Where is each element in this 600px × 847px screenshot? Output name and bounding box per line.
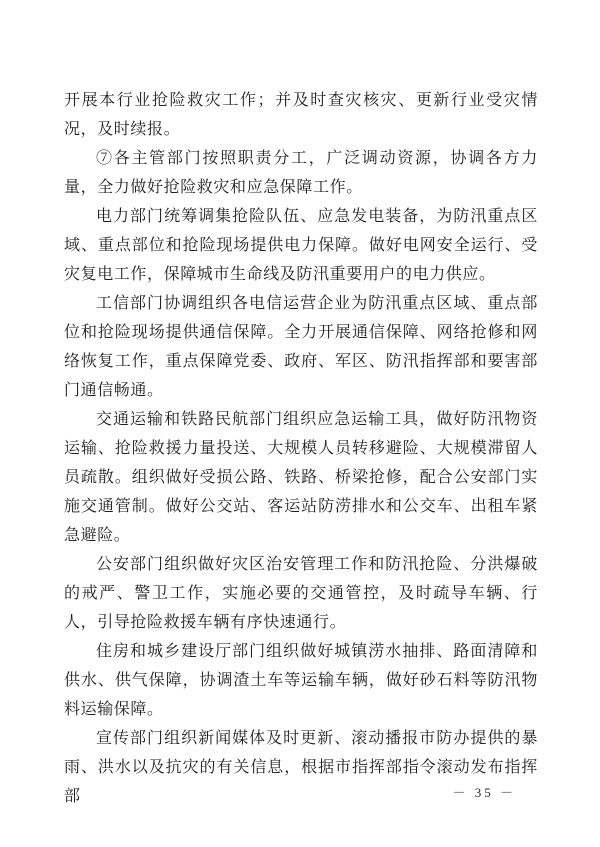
paragraph: 工信部门协调组织各电信运营企业为防汛重点区域、重点部位和抢险现场提供通信保障。全… <box>64 289 538 405</box>
paragraph: 交通运输和铁路民航部门组织应急运输工具，做好防汛物资运输、抢险救援力量投送、大规… <box>64 405 538 550</box>
paragraph: 公安部门组织做好灾区治安管理工作和防汛抢险、分洪爆破的戒严、警卫工作，实施必要的… <box>64 550 538 637</box>
paragraph: ⑦各主管部门按照职责分工，广泛调动资源，协调各方力量，全力做好抢险救灾和应急保障… <box>64 144 538 202</box>
paragraph: 开展本行业抢险救灾工作；并及时查灾核灾、更新行业受灾情况，及时续报。 <box>64 86 538 144</box>
document-page: 开展本行业抢险救灾工作；并及时查灾核灾、更新行业受灾情况，及时续报。⑦各主管部门… <box>0 0 600 847</box>
paragraph: 电力部门统筹调集抢险队伍、应急发电装备，为防汛重点区域、重点部位和抢险现场提供电… <box>64 202 538 289</box>
page-number: － 35 － <box>452 782 516 801</box>
paragraph: 住房和城乡建设厅部门组织做好城镇涝水抽排、路面清障和供水、供气保障，协调渣土车等… <box>64 637 538 724</box>
document-body: 开展本行业抢险救灾工作；并及时查灾核灾、更新行业受灾情况，及时续报。⑦各主管部门… <box>64 86 538 811</box>
